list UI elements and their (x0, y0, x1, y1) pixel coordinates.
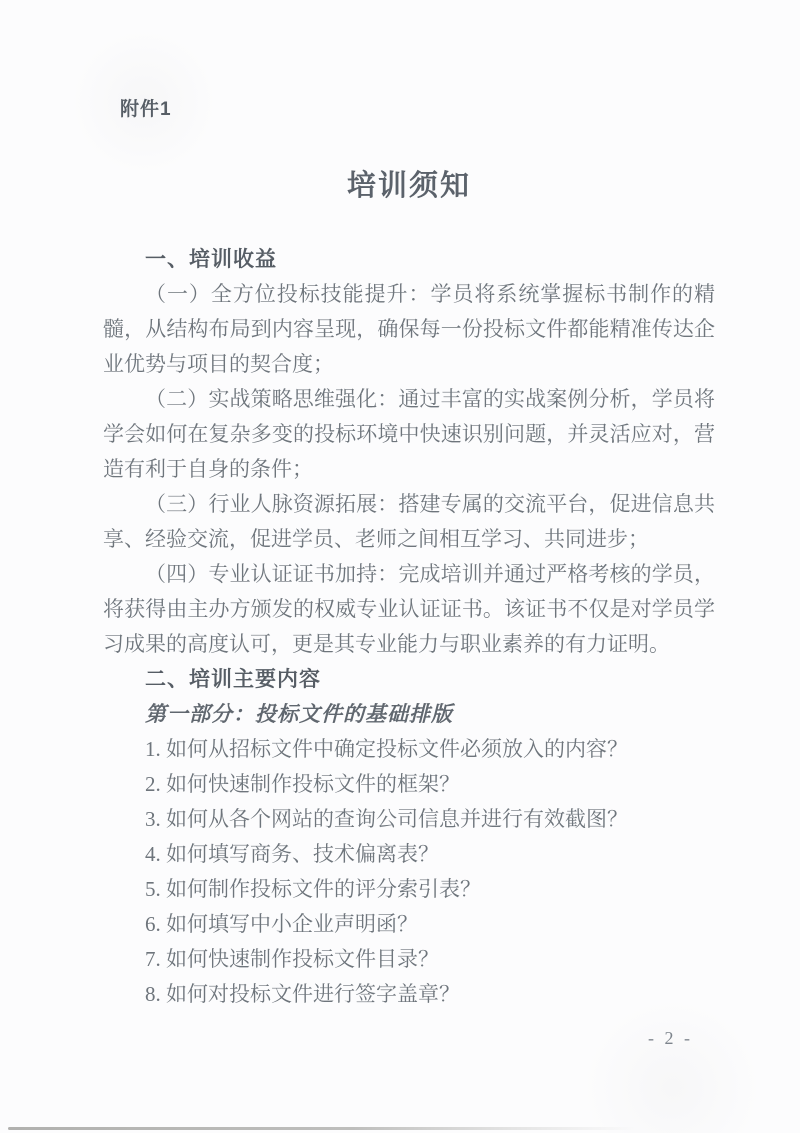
content-item-8: 8. 如何对投标文件进行签字盖章？ (103, 977, 715, 1012)
content-item-7: 7. 如何快速制作投标文件目录？ (103, 942, 715, 977)
section-heading-training-content: 二、培训主要内容 (103, 662, 715, 697)
scan-artifact-line (8, 1127, 636, 1130)
page-title: 培训须知 (103, 163, 715, 204)
benefit-paragraph-2: （二）实战策略思维强化：通过丰富的实战案例分析，学员将学会如何在复杂多变的投标环… (103, 382, 715, 487)
attachment-label: 附件1 (120, 94, 172, 121)
content-item-5: 5. 如何制作投标文件的评分索引表？ (103, 872, 715, 907)
benefit-paragraph-4: （四）专业认证证书加持：完成培训并通过严格考核的学员，将获得由主办方颁发的权威专… (103, 557, 715, 662)
content-item-6: 6. 如何填写中小企业声明函？ (103, 907, 715, 942)
benefit-paragraph-1: （一）全方位投标技能提升：学员将系统掌握标书制作的精髓，从结构布局到内容呈现，确… (103, 277, 715, 382)
content-item-3: 3. 如何从各个网站的查询公司信息并进行有效截图？ (103, 802, 715, 837)
content-item-1: 1. 如何从招标文件中确定投标文件必须放入的内容？ (103, 732, 715, 767)
section-heading-training-benefits: 一、培训收益 (103, 242, 715, 277)
document-body: 一、培训收益 （一）全方位投标技能提升：学员将系统掌握标书制作的精髓，从结构布局… (103, 242, 715, 1012)
document-page: 附件1 培训须知 一、培训收益 （一）全方位投标技能提升：学员将系统掌握标书制作… (0, 0, 800, 1133)
content-item-2: 2. 如何快速制作投标文件的框架？ (103, 767, 715, 802)
part-one-subheading: 第一部分：投标文件的基础排版 (103, 697, 715, 732)
benefit-paragraph-3: （三）行业人脉资源拓展：搭建专属的交流平台，促进信息共享、经验交流，促进学员、老… (103, 487, 715, 557)
content-item-4: 4. 如何填写商务、技术偏离表？ (103, 837, 715, 872)
page-number: - 2 - (648, 1028, 693, 1049)
